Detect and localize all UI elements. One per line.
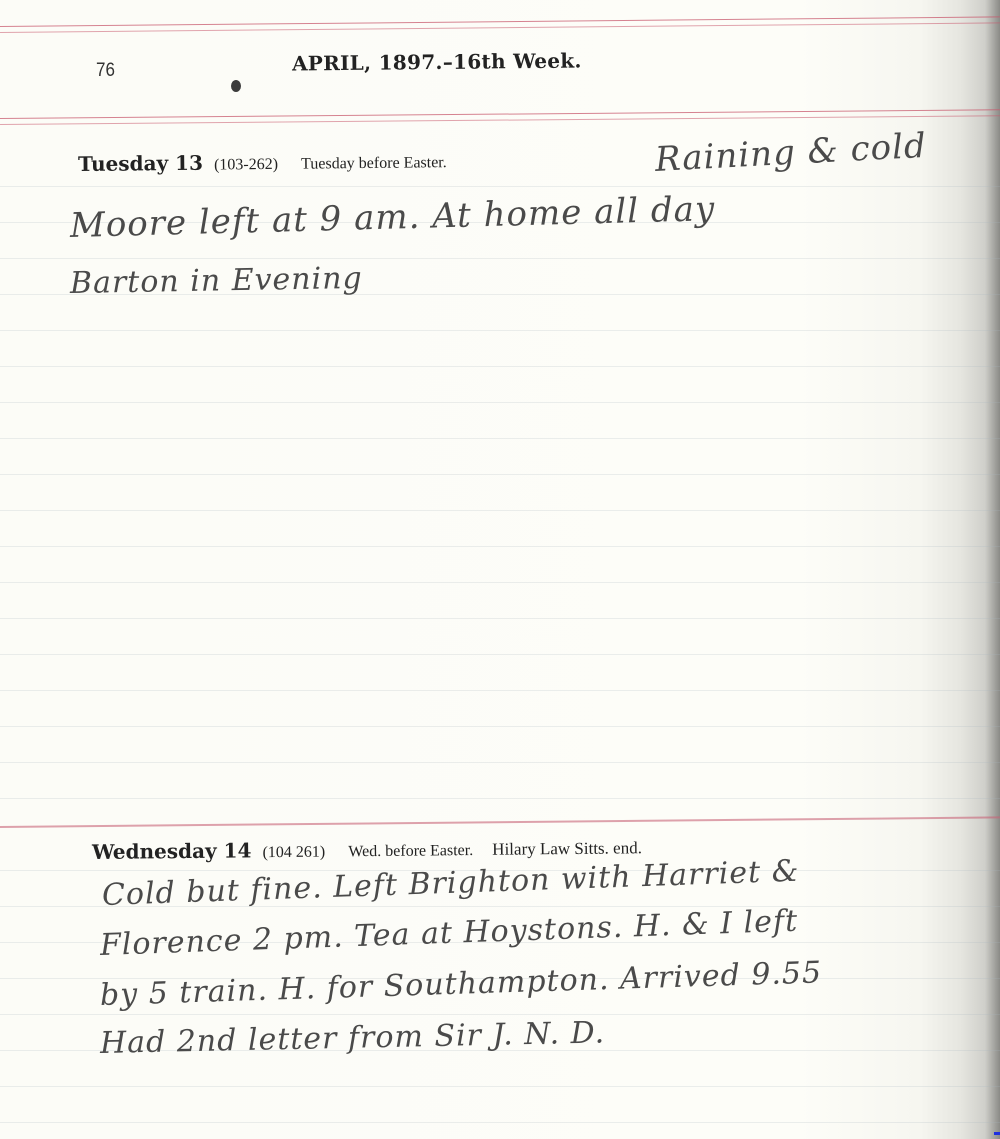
tuesday-header: Tuesday 13 (103-262) Tuesday before East… bbox=[78, 148, 447, 176]
ruled-line bbox=[0, 726, 1000, 727]
ruled-line bbox=[0, 186, 1000, 187]
day-extra-note: Hilary Law Sitts. end. bbox=[492, 838, 642, 859]
header-red-rule bbox=[0, 109, 1000, 125]
ruled-line bbox=[0, 1086, 1000, 1087]
ruled-line bbox=[0, 654, 1000, 655]
day-label: Wednesday 14 bbox=[92, 838, 252, 864]
wednesday-header: Wednesday 14 (104 261) Wed. before Easte… bbox=[92, 834, 642, 864]
ruled-line bbox=[0, 690, 1000, 691]
top-red-rule bbox=[0, 16, 1000, 33]
ink-blot bbox=[231, 80, 241, 92]
day-label: Tuesday 13 bbox=[78, 151, 203, 176]
ruled-line bbox=[0, 402, 1000, 403]
ruled-line bbox=[0, 366, 1000, 367]
page-title: APRIL, 1897.–16th Week. bbox=[292, 48, 582, 75]
handwritten-line: Moore left at 9 am. At home all day bbox=[69, 189, 715, 246]
ruled-line bbox=[0, 762, 1000, 763]
ruled-line bbox=[0, 582, 1000, 583]
ruled-line bbox=[0, 330, 1000, 331]
ruled-line bbox=[0, 618, 1000, 619]
page-number: 76 bbox=[96, 59, 115, 82]
ruled-line bbox=[0, 510, 1000, 511]
diary-page: 76 APRIL, 1897.–16th Week. Tuesday 13 (1… bbox=[0, 0, 1000, 1139]
ruled-line bbox=[0, 474, 1000, 475]
ruled-line bbox=[0, 1014, 1000, 1015]
ruled-line bbox=[0, 1122, 1000, 1123]
ruled-line bbox=[0, 546, 1000, 547]
day-note: Wed. before Easter. bbox=[348, 842, 473, 860]
handwritten-line: by 5 train. H. for Southampton. Arrived … bbox=[99, 955, 822, 1013]
day-of-year: (104 261) bbox=[262, 844, 325, 862]
ruled-line bbox=[0, 798, 1000, 799]
day-of-year: (103-262) bbox=[214, 156, 278, 174]
scan-edge-mark bbox=[994, 1132, 1000, 1135]
day-note: Tuesday before Easter. bbox=[301, 154, 447, 173]
ruled-line bbox=[0, 258, 1000, 259]
handwritten-line: Had 2nd letter from Sir J. N. D. bbox=[100, 1015, 606, 1061]
day-divider-rule bbox=[0, 816, 1000, 828]
handwritten-line: Barton in Evening bbox=[70, 261, 363, 301]
handwritten-weather: Raining & cold bbox=[654, 126, 928, 180]
ruled-line bbox=[0, 438, 1000, 439]
handwritten-line: Florence 2 pm. Tea at Hoystons. H. & I l… bbox=[99, 904, 798, 963]
